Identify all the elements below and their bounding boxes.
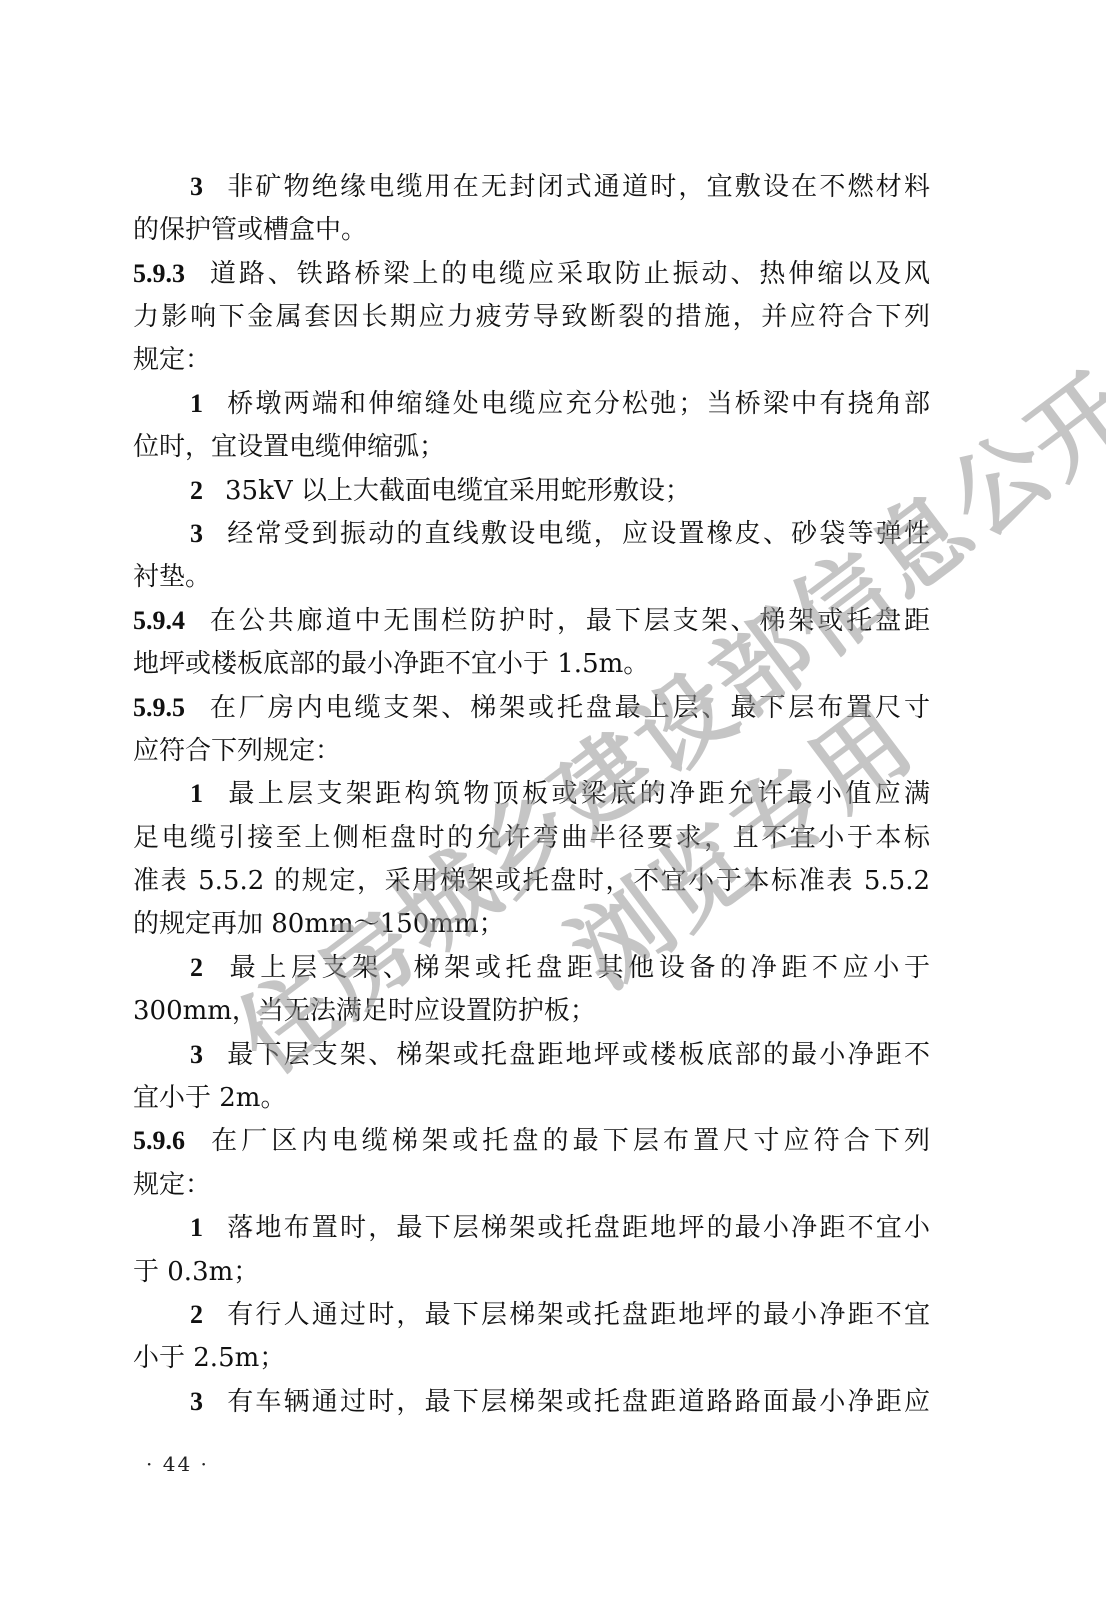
list-item-line: 3经常受到振动的直线敷设电缆，应设置橡皮、砂袋等弹性 — [133, 512, 930, 556]
text-line: 规定： — [133, 1163, 930, 1207]
clause-line: 5.9.4在公共廊道中无围栏防护时，最下层支架、梯架或托盘距 — [133, 599, 930, 643]
clause-number: 5.9.6 — [133, 1126, 185, 1155]
line-text: 最上层支架距构筑物顶板或梁底的净距允许最小值应满 — [225, 779, 930, 809]
item-number: 2 — [190, 476, 203, 505]
text-line: 足电缆引接至上侧柜盘时的允许弯曲半径要求，且不宜小于本标 — [133, 816, 930, 860]
line-text: 衬垫。 — [133, 562, 211, 592]
line-text: 的保护管或槽盒中。 — [133, 215, 367, 245]
item-number: 1 — [190, 779, 203, 808]
line-text: 于 0.3m； — [133, 1257, 259, 1287]
clause-line: 5.9.5在厂房内电缆支架、梯架或托盘最上层、最下层布置尺寸 — [133, 686, 930, 730]
line-text: 300mm，当无法满足时应设置防护板； — [133, 996, 596, 1026]
list-item-line: 235kV 以上大截面电缆宜采用蛇形敷设； — [133, 469, 930, 513]
list-item-line: 3有车辆通过时，最下层梯架或托盘距道路路面最小净距应 — [133, 1380, 930, 1424]
item-number: 1 — [190, 389, 203, 418]
item-number: 3 — [190, 1387, 203, 1416]
text-line: 于 0.3m； — [133, 1250, 930, 1294]
line-text: 最上层支架、梯架或托盘距其他设备的净距不应小于 — [225, 953, 930, 983]
text-line: 的保护管或槽盒中。 — [133, 208, 930, 252]
line-text: 规定： — [133, 1170, 211, 1200]
line-text: 经常受到振动的直线敷设电缆，应设置橡皮、砂袋等弹性 — [225, 519, 930, 549]
clause-number: 5.9.5 — [133, 693, 185, 722]
clause-line: 5.9.6在厂区内电缆梯架或托盘的最下层布置尺寸应符合下列 — [133, 1119, 930, 1163]
text-line: 规定： — [133, 338, 930, 382]
line-text: 力影响下金属套因长期应力疲劳导致断裂的措施，并应符合下列 — [133, 302, 930, 332]
line-text: 在公共廊道中无围栏防护时，最下层支架、梯架或托盘距 — [207, 606, 930, 636]
line-text: 的规定再加 80mm～150mm； — [133, 909, 505, 939]
list-item-line: 2有行人通过时，最下层梯架或托盘距地坪的最小净距不宜 — [133, 1293, 930, 1337]
line-text: 在厂区内电缆梯架或托盘的最下层布置尺寸应符合下列 — [207, 1126, 930, 1156]
line-text: 有车辆通过时，最下层梯架或托盘距道路路面最小净距应 — [225, 1387, 930, 1417]
line-text: 应符合下列规定： — [133, 736, 341, 766]
list-item-line: 1落地布置时，最下层梯架或托盘距地坪的最小净距不宜小 — [133, 1206, 930, 1250]
line-text: 地坪或楼板底部的最小净距不宜小于 1.5m。 — [133, 649, 649, 679]
text-line: 小于 2.5m； — [133, 1336, 930, 1380]
text-line: 的规定再加 80mm～150mm； — [133, 902, 930, 946]
line-text: 道路、铁路桥梁上的电缆应采取防止振动、热伸缩以及风 — [207, 259, 930, 289]
text-line: 宜小于 2m。 — [133, 1076, 930, 1120]
item-number: 2 — [190, 953, 203, 982]
clause-line: 5.9.3道路、铁路桥梁上的电缆应采取防止振动、热伸缩以及风 — [133, 252, 930, 296]
text-line: 应符合下列规定： — [133, 729, 930, 773]
clause-number: 5.9.4 — [133, 606, 185, 635]
text-line: 300mm，当无法满足时应设置防护板； — [133, 989, 930, 1033]
item-number: 1 — [190, 1213, 203, 1242]
list-item-line: 3最下层支架、梯架或托盘距地坪或楼板底部的最小净距不 — [133, 1033, 930, 1077]
line-text: 足电缆引接至上侧柜盘时的允许弯曲半径要求，且不宜小于本标 — [133, 823, 930, 853]
line-text: 35kV 以上大截面电缆宜采用蛇形敷设； — [225, 476, 691, 506]
line-text: 有行人通过时，最下层梯架或托盘距地坪的最小净距不宜 — [225, 1300, 930, 1330]
clause-number: 5.9.3 — [133, 259, 185, 288]
text-line: 位时，宜设置电缆伸缩弧； — [133, 425, 930, 469]
text-line: 准表 5.5.2 的规定，采用梯架或托盘时，不宜小于本标准表 5.5.2 — [133, 859, 930, 903]
list-item-line: 3非矿物绝缘电缆用在无封闭式通道时，宜敷设在不燃材料 — [133, 165, 930, 209]
text-line: 力影响下金属套因长期应力疲劳导致断裂的措施，并应符合下列 — [133, 295, 930, 339]
list-item-line: 1最上层支架距构筑物顶板或梁底的净距允许最小值应满 — [133, 772, 930, 816]
text-line: 地坪或楼板底部的最小净距不宜小于 1.5m。 — [133, 642, 930, 686]
item-number: 3 — [190, 1040, 203, 1069]
item-number: 3 — [190, 519, 203, 548]
line-text: 非矿物绝缘电缆用在无封闭式通道时，宜敷设在不燃材料 — [225, 172, 930, 202]
line-text: 桥墩两端和伸缩缝处电缆应充分松弛；当桥梁中有挠角部 — [225, 389, 930, 419]
list-item-line: 2最上层支架、梯架或托盘距其他设备的净距不应小于 — [133, 946, 930, 990]
line-text: 位时，宜设置电缆伸缩弧； — [133, 432, 445, 462]
page-number: · 44 · — [146, 1452, 209, 1476]
list-item-line: 1桥墩两端和伸缩缝处电缆应充分松弛；当桥梁中有挠角部 — [133, 382, 930, 426]
line-text: 规定： — [133, 345, 211, 375]
line-text: 小于 2.5m； — [133, 1343, 285, 1373]
line-text: 在厂房内电缆支架、梯架或托盘最上层、最下层布置尺寸 — [207, 693, 930, 723]
item-number: 2 — [190, 1300, 203, 1329]
text-line: 衬垫。 — [133, 555, 930, 599]
line-text: 最下层支架、梯架或托盘距地坪或楼板底部的最小净距不 — [225, 1040, 930, 1070]
line-text: 宜小于 2m。 — [133, 1083, 286, 1113]
line-text: 落地布置时，最下层梯架或托盘距地坪的最小净距不宜小 — [225, 1213, 930, 1243]
document-page: 3非矿物绝缘电缆用在无封闭式通道时，宜敷设在不燃材料的保护管或槽盒中。5.9.3… — [0, 0, 1106, 1598]
line-text: 准表 5.5.2 的规定，采用梯架或托盘时，不宜小于本标准表 5.5.2 — [133, 866, 930, 896]
item-number: 3 — [190, 172, 203, 201]
